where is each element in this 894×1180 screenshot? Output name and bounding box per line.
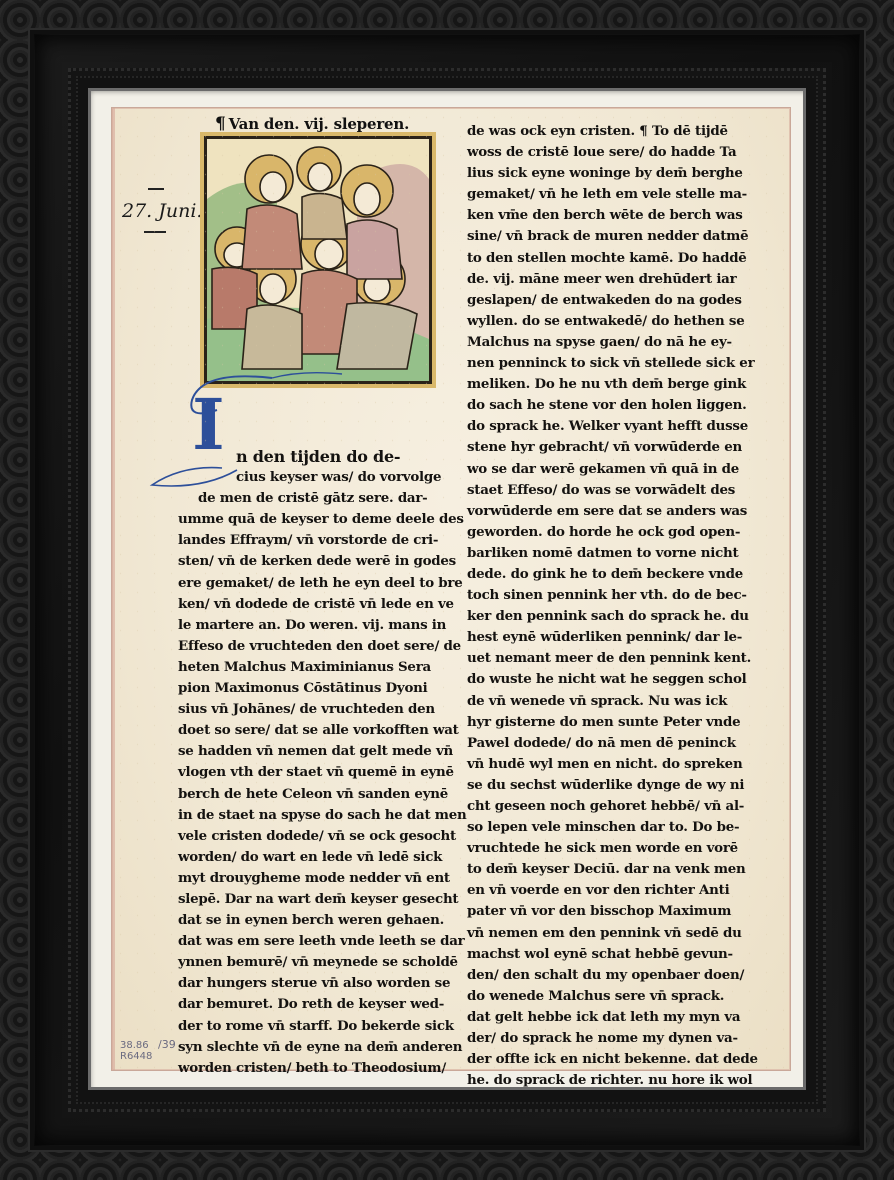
text-line: de was ock eyn cristen. ¶ To dē tijdē <box>467 121 737 142</box>
chapter-heading-text: Van den. vij. sleperen. <box>229 115 409 133</box>
text-line: dar hungers sterue vn̄ also worden se <box>178 973 440 994</box>
text-line: cius keyser was/ do vorvolge <box>178 467 440 488</box>
text-line: umme quā de keyser to deme deele des <box>178 509 440 530</box>
text-line: vlogen vth der staet vn̄ quemē in eynē <box>178 762 440 783</box>
text-line: do sach he stene vor den holen liggen. <box>467 395 737 416</box>
text-line: slepē. Dar na wart dem̄ keyser gesecht <box>178 889 440 910</box>
text-line: uet nemant meer de den pennink kent. <box>467 648 737 669</box>
text-line: toch sinen pennink her vth. do de bec- <box>467 585 737 606</box>
text-line: dat se in eynen berch weren gehaen. <box>178 910 440 931</box>
text-line: nen penninck to sick vn̄ stellede sick e… <box>467 353 737 374</box>
page-edge <box>112 108 115 1070</box>
text-line: pater vn̄ vor den bisschop Maximum <box>467 901 737 922</box>
text-line: Effeso de vruchteden den doet sere/ de <box>178 636 440 657</box>
shelfmark-pencil-note: 38.86 /39 R6448 <box>120 1040 152 1062</box>
text-line: syn slechte vn̄ de eyne na dem̄ anderen <box>178 1037 440 1058</box>
text-line: vele cristen dodede/ vn̄ se ock gesocht <box>178 826 440 847</box>
text-line: der/ do sprack he nome my dynen va- <box>467 1028 737 1049</box>
text-line: berch de hete Celeon vn̄ sanden eynē <box>178 784 440 805</box>
text-line: vorwūderde em sere dat se anders was <box>467 501 737 522</box>
text-line: ynnen bemurē/ vn̄ meynede se scholdē <box>178 952 440 973</box>
pilcrow-icon: ¶ <box>215 114 226 134</box>
text-line: hest eynē wūderliken pennink/ dar le- <box>467 627 737 648</box>
text-line: myt drouygheme mode nedder vn̄ ent <box>178 868 440 889</box>
text-line: to dem̄ keyser Deciū. dar na venk men <box>467 859 737 880</box>
text-line: he. do sprack de richter. nu hore ik wol <box>467 1070 737 1091</box>
text-line: heten Malchus Maximinianus Sera <box>178 657 440 678</box>
shelfmark-line2: R6448 <box>120 1051 152 1062</box>
text-line: ken vm̄e den berch wēte de berch was <box>467 205 737 226</box>
text-line: in de staet na spyse do sach he dat men <box>178 805 440 826</box>
left-text-column: n den tijden do de- cius keyser was/ do … <box>178 446 440 1079</box>
text-line: lius sick eyne woninge by dem̄ berghe <box>467 163 737 184</box>
right-text-column: de was ock eyn cristen. ¶ To dē tijdē wo… <box>467 121 737 1091</box>
text-line: den/ den schalt du my openbaer doen/ <box>467 965 737 986</box>
annotation-mark <box>148 188 164 190</box>
text-line: machst wol eynē schat hebbē gevun- <box>467 944 737 965</box>
text-line: landes Effraym/ vn̄ vorstorde de cri- <box>178 530 440 551</box>
text-line: de. vij. māne meer wen drehūdert iar <box>467 269 737 290</box>
woodcut-illustration-seven-sleepers <box>204 136 432 384</box>
text-line: ken/ vn̄ dodede de cristē vn̄ lede en ve <box>178 594 440 615</box>
text-line: gemaket/ vn̄ he leth em vele stelle ma- <box>467 184 737 205</box>
text-line: stene hyr gebracht/ vn̄ vorwūderde en <box>467 437 737 458</box>
text-line: vruchtede he sick men worde en vorē <box>467 838 737 859</box>
margin-annotation: 27. Juni. <box>122 200 202 222</box>
annotation-underline <box>144 231 166 233</box>
text-line: wo se dar werē gekamen vn̄ quā in de <box>467 459 737 480</box>
text-line: Malchus na spyse gaen/ do nā he ey- <box>467 332 737 353</box>
text-line: vn̄ nemen em den pennink vn̄ sedē du <box>467 923 737 944</box>
incunable-page: ¶Van den. vij. sleperen. 27. Juni. <box>112 108 790 1070</box>
text-line: sine/ vn̄ brack de muren nedder datmē <box>467 226 737 247</box>
text-line: le martere an. Do weren. vij. mans in <box>178 615 440 636</box>
text-line: n den tijden do de- <box>178 446 440 467</box>
text-line: worden/ do wart en lede vn̄ ledē sick <box>178 847 440 868</box>
text-line: geslapen/ de entwakeden do na godes <box>467 290 737 311</box>
text-line: de men de cristē gātz sere. dar- <box>178 488 440 509</box>
text-line: meliken. Do he nu vth dem̄ berge gink <box>467 374 737 395</box>
text-line: en vn̄ voerde en vor den richter Anti <box>467 880 737 901</box>
text-line: se du sechst wūderlike dynge de wy ni <box>467 775 737 796</box>
text-line: so lepen vele minschen dar to. Do be- <box>467 817 737 838</box>
text-line: ere gemaket/ de leth he eyn deel to bre <box>178 573 440 594</box>
text-line: de vn̄ wenede vn̄ sprack. Nu was ick <box>467 691 737 712</box>
text-line: der offte ick en nicht bekenne. dat dede <box>467 1049 737 1070</box>
text-line: to den stellen mochte kamē. Do haddē <box>467 248 737 269</box>
text-line: staet Effeso/ do was se vorwādelt des <box>467 480 737 501</box>
text-line: der to rome vn̄ starff. Do bekerde sick <box>178 1016 440 1037</box>
text-line: geworden. do horde he ock god open- <box>467 522 737 543</box>
woodcut-image <box>207 139 429 381</box>
text-line: woss de cristē loue sere/ do hadde Ta <box>467 142 737 163</box>
text-line: se hadden vn̄ nemen dat gelt mede vn̄ <box>178 741 440 762</box>
shelfmark-suffix: /39 <box>158 1039 176 1050</box>
text-line: dat was em sere leeth vnde leeth se dar <box>178 931 440 952</box>
text-line: worden cristen/ beth to Theodosium/ <box>178 1058 440 1079</box>
text-line: doet so sere/ dat se alle vorkofften wat <box>178 720 440 741</box>
text-line: sten/ vn̄ de kerken dede werē in godes <box>178 551 440 572</box>
shelfmark-line1: 38.86 <box>120 1040 149 1051</box>
text-line: pion Maximonus Cōstātinus Dyoni <box>178 678 440 699</box>
text-line: barliken nomē datmen to vorne nicht <box>467 543 737 564</box>
text-line: Pawel dodede/ do nā men dē peninck <box>467 733 737 754</box>
text-line: do sprack he. Welker vyant hefft dusse <box>467 416 737 437</box>
text-line: do wuste he nicht wat he seggen schol <box>467 669 737 690</box>
text-line: sius vn̄ Johānes/ de vruchteden den <box>178 699 440 720</box>
text-line: dat gelt hebbe ick dat leth my myn va <box>467 1007 737 1028</box>
text-line: dede. do gink he to dem̄ beckere vnde <box>467 564 737 585</box>
chapter-heading: ¶Van den. vij. sleperen. <box>215 114 409 134</box>
picture-frame: ¶Van den. vij. sleperen. 27. Juni. <box>0 0 894 1180</box>
text-line: dar bemuret. Do reth de keyser wed- <box>178 994 440 1015</box>
text-line: vn̄ hudē wyl men en nicht. do spreken <box>467 754 737 775</box>
text-line: wyllen. do se entwakedē/ do hethen se <box>467 311 737 332</box>
text-line: do wenede Malchus sere vn̄ sprack. <box>467 986 737 1007</box>
text-line: cht geseen noch gehoret hebbē/ vn̄ al- <box>467 796 737 817</box>
text-line: ker den pennink sach do sprack he. du <box>467 606 737 627</box>
text-line: hyr gisterne do men sunte Peter vnde <box>467 712 737 733</box>
